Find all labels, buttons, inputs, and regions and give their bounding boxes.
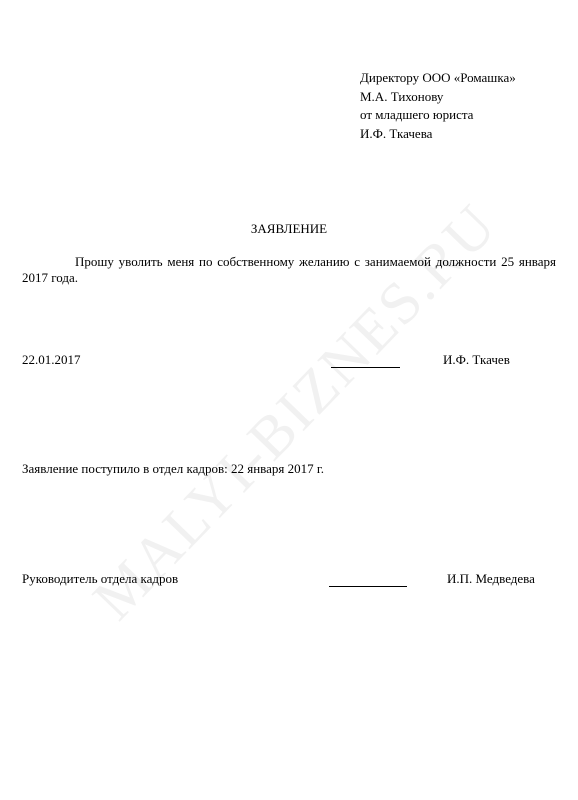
- hr-name: И.П. Медведева: [447, 571, 535, 587]
- document-body: Прошу уволить меня по собственному желан…: [22, 254, 556, 286]
- addressee-line: от младшего юриста: [360, 106, 516, 125]
- addressee-line: М.А. Тихонову: [360, 88, 516, 107]
- body-paragraph: Прошу уволить меня по собственному желан…: [22, 254, 556, 286]
- applicant-date: 22.01.2017: [22, 352, 81, 368]
- received-note: Заявление поступило в отдел кадров: 22 я…: [22, 461, 324, 477]
- addressee-line: Директору ООО «Ромашка»: [360, 69, 516, 88]
- hr-position: Руководитель отдела кадров: [22, 571, 178, 587]
- document-title: ЗАЯВЛЕНИЕ: [0, 221, 578, 237]
- hr-signature-line: [329, 586, 407, 587]
- addressee-line: И.Ф. Ткачева: [360, 125, 516, 144]
- applicant-name: И.Ф. Ткачев: [443, 352, 510, 368]
- applicant-signature-line: [331, 367, 400, 368]
- addressee-block: Директору ООО «Ромашка» М.А. Тихонову от…: [360, 69, 516, 143]
